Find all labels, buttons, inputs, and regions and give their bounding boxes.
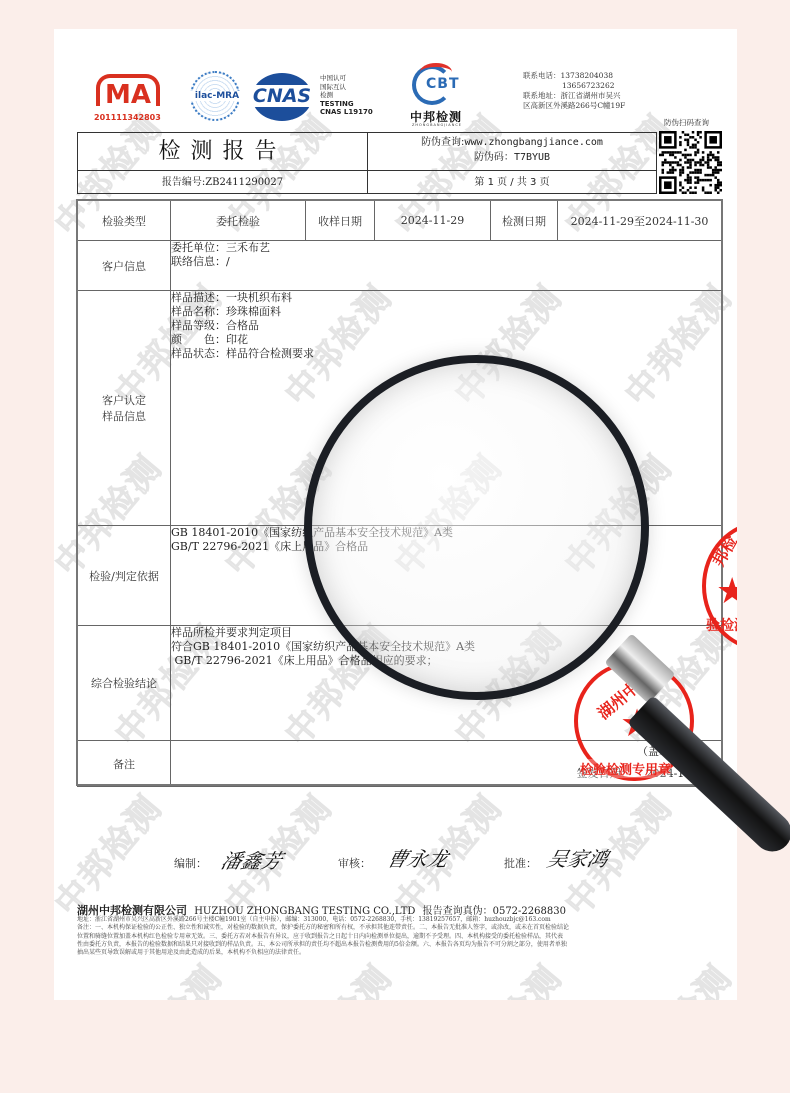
- basis-label: 检验/判定依据: [78, 526, 171, 626]
- stamp-bottom-text: 检验检测专用章: [580, 759, 671, 778]
- sample-label: 客户认定样品信息: [78, 291, 171, 526]
- verify-info: 防伪查询:www.zhongbangjiance.com 防伪码：T7BYUB: [368, 135, 656, 165]
- type-value: 委托检验: [171, 201, 306, 241]
- client-label: 客户信息: [78, 241, 171, 291]
- watermark-text: 中邦检测: [611, 953, 737, 1000]
- report-number-value: ZB2411290027: [205, 177, 283, 188]
- ilac-mra-logo: ilac-MRA: [190, 71, 240, 121]
- client-info: 委托单位：三禾布艺 联络信息：/: [171, 241, 722, 291]
- sample-line: 颜 色：印花: [171, 333, 721, 347]
- report-header: 检测报告 防伪查询:www.zhongbangjiance.com 防伪码：T7…: [77, 132, 657, 194]
- verify-url[interactable]: www.zhongbangjiance.com: [464, 137, 602, 148]
- magnifier-lens: [304, 355, 649, 700]
- watermark-text: 中邦检测: [271, 953, 401, 1000]
- qr-code[interactable]: [659, 131, 722, 194]
- footer-note-line: 性由委托方负责，本报告的检验数据和结果只对接收到的样品负责。五、本公司所承担的责…: [77, 941, 722, 949]
- footer-note-line: 位置和骑缝位置加盖本机构红色检验专用章无效。三、委托方若对本报告有异议，应于收到…: [77, 933, 722, 941]
- cnas-line: 国际互认: [320, 83, 373, 92]
- cma-number: 201111342803: [94, 113, 161, 122]
- sample-label-line: 客户认定: [78, 392, 170, 408]
- type-label: 检验类型: [78, 201, 171, 241]
- cnas-text: CNAS: [246, 85, 318, 107]
- ilac-text: ilac-MRA: [188, 91, 246, 101]
- phone-2: 13656723262: [523, 81, 625, 91]
- page-info: 第 1 页 / 共 3 页: [368, 171, 656, 194]
- client-line: 联络信息：/: [171, 255, 721, 269]
- address-label: 联系地址：: [523, 91, 561, 100]
- report-number: 报告编号:ZB2411290027: [78, 171, 367, 194]
- test-date-label: 检测日期: [491, 201, 558, 241]
- sample-line: 样品名称：珍珠棉面料: [171, 305, 721, 319]
- phone-1: 13738204038: [561, 71, 614, 80]
- test-date-value: 2024-11-29至2024-11-30: [558, 201, 722, 241]
- cma-logo: MA: [96, 74, 160, 106]
- cnas-caption: 中国认可 国际互认 检测 TESTING CNAS L19170: [320, 74, 373, 117]
- footer-notes: 地址：浙江省湖州市吴兴区高新区外溪路266号主楼C幢1901室（自主申报），邮编…: [77, 916, 722, 957]
- watermark-text: 中邦检测: [441, 953, 571, 1000]
- client-line: 委托单位：三禾布艺: [171, 241, 721, 255]
- cnas-line: TESTING: [320, 100, 373, 109]
- sample-line: 样品描述：一块机织布料: [171, 291, 721, 305]
- receive-date-label: 收样日期: [306, 201, 375, 241]
- address-line-1: 浙江省湖州市吴兴: [561, 91, 621, 100]
- cnas-line: 检测: [320, 91, 373, 100]
- side-stamp-bottom: 验检测: [706, 615, 737, 635]
- verify-code: T7BYUB: [514, 152, 550, 163]
- compile-signature: 潘鑫芳: [218, 845, 286, 874]
- cnas-logo: CNAS: [252, 73, 312, 121]
- verify-label: 防伪查询:: [421, 137, 464, 148]
- approve-signature: 吴家鸿: [544, 843, 612, 872]
- review-label: 审核：: [338, 855, 371, 871]
- sample-line: 样品等级：合格品: [171, 319, 721, 333]
- receive-date-value: 2024-11-29: [375, 201, 491, 241]
- table-row: 客户信息 委托单位：三禾布艺 联络信息：/: [78, 241, 722, 291]
- code-label: 防伪码：: [474, 152, 514, 163]
- compile-label: 编制：: [174, 855, 207, 871]
- address-line-2: 区高新区外溪路266号C幢19F: [523, 101, 625, 111]
- star-icon: ★: [716, 571, 737, 612]
- footer-note-line: 抽出某些页导致误解或用于其他用途及由此造成的后果，本机构不负相应的法律责任。: [77, 949, 722, 957]
- report-title: 检测报告: [78, 133, 367, 170]
- phone-label: 联系电话：: [523, 71, 561, 80]
- qr-label: 防伪扫码查询: [664, 117, 709, 128]
- review-signature: 曹永龙: [384, 843, 452, 872]
- remarks-label: 备注: [78, 741, 171, 787]
- watermark-text: 中邦检测: [101, 953, 231, 1000]
- report-number-label: 报告编号:: [162, 177, 205, 188]
- footer-note-line: 备注：一、本机构保证检验的公正性、独立性和诚实性，对检验的数据负责，保护委托方的…: [77, 924, 722, 932]
- contact-info: 联系电话：13738204038 13656723262 联系地址：浙江省湖州市…: [523, 71, 625, 111]
- cnas-line: 中国认可: [320, 74, 373, 83]
- table-row: 检验类型 委托检验 收样日期 2024-11-29 检测日期 2024-11-2…: [78, 201, 722, 241]
- conclusion-label: 综合检验结论: [78, 626, 171, 741]
- company-logo-text: CBT: [426, 76, 460, 92]
- company-name-en: ZHONGBANGJIANCE: [412, 123, 462, 127]
- cnas-line: CNAS L19170: [320, 108, 373, 117]
- approve-label: 批准：: [504, 855, 537, 871]
- sample-label-line: 样品信息: [78, 408, 170, 424]
